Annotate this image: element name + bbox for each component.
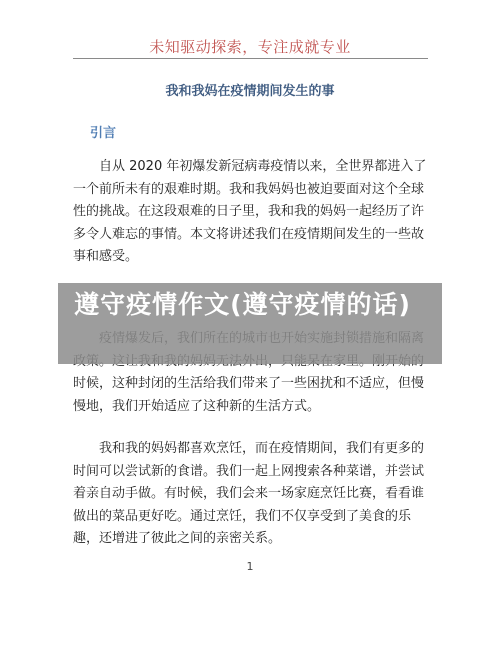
header-divider	[73, 58, 428, 59]
overlay-title: 遵守疫情作文(遵守疫情的话)	[70, 286, 415, 324]
section-heading-intro: 引言	[90, 122, 116, 141]
page-number: 1	[0, 560, 500, 573]
paragraph-cooking: 我和我的妈妈都喜欢烹饪，而在疫情期间，我们有更多的时间可以尝试新的食谱。我们一起…	[73, 438, 430, 551]
document-title: 我和我妈在疫情期间发生的事	[0, 80, 500, 99]
header-slogan: 未知驱动探索，专注成就专业	[0, 36, 500, 57]
paragraph-intro: 自从 2020 年初爆发新冠病毒疫情以来，全世界都进入了一个前所未有的艰难时期。…	[73, 156, 430, 269]
